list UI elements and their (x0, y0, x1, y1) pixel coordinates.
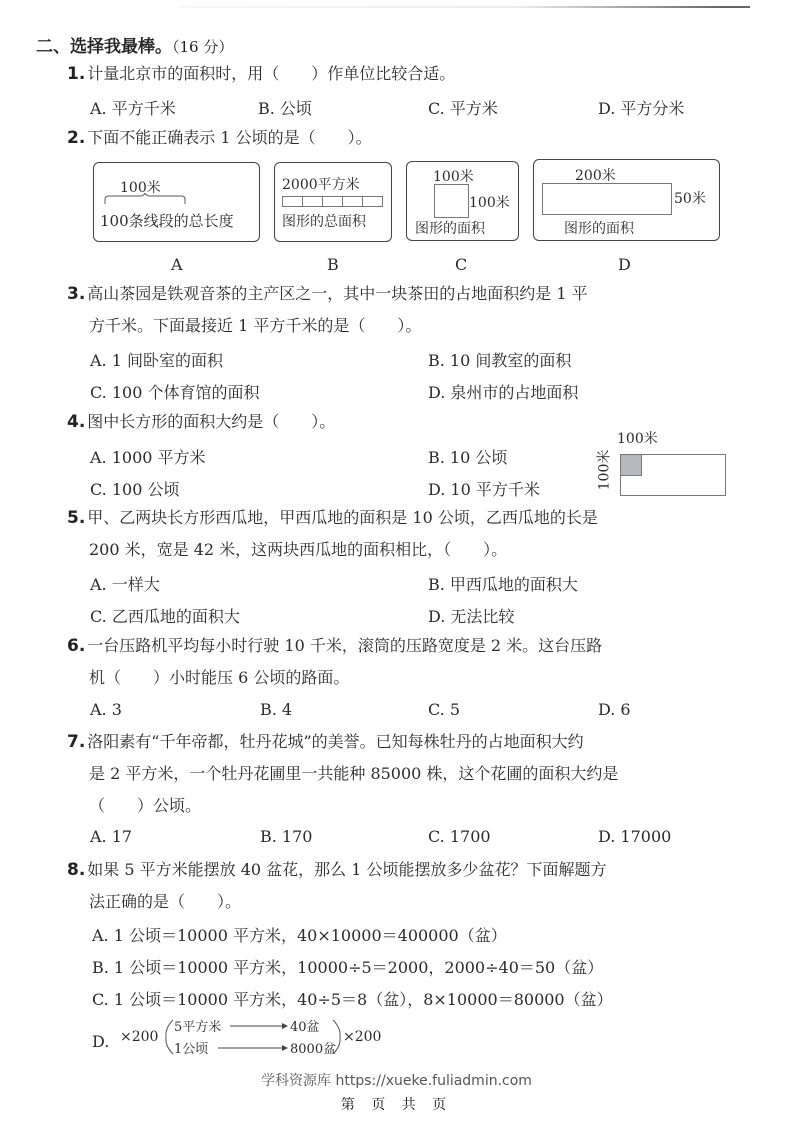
question-8: 8.如果 5 平方米能摆放 40 盆花，那么 1 公顷能摆放多少盆花？下面解题方… (67, 854, 607, 918)
question-text-line1: 甲、乙两块长方形西瓜地，甲西瓜地的面积是 10 公顷，乙西瓜地的长是 (87, 508, 598, 527)
q4-option-d[interactable]: D. 10 平方千米 (428, 477, 540, 500)
q3-option-b[interactable]: B. 10 间教室的面积 (428, 348, 571, 371)
question-text-line3: （ ）公顷。 (67, 790, 618, 822)
shaded-square-shape (620, 454, 642, 476)
square-shape (434, 184, 469, 218)
figure-c-caption: 图形的面积 (415, 218, 485, 238)
question-6: 6.一台压路机平均每小时行驶 10 千米，滚筒的压路宽度是 2 米。这台压路 机… (67, 630, 602, 694)
q4-figure: 100米 100米 (595, 428, 730, 498)
q5-option-d[interactable]: D. 无法比较 (428, 604, 514, 627)
q6-option-b[interactable]: B. 4 (260, 700, 292, 719)
question-7: 7.洛阳素有“千年帝都，牡丹花城”的美誉。已知每株牡丹的占地面积大约 是 2 平… (67, 726, 618, 822)
q3-option-a[interactable]: A. 1 间卧室的面积 (90, 348, 223, 371)
rectangle-shape (542, 183, 672, 215)
q5-option-c[interactable]: C. 乙西瓜地的面积大 (90, 604, 240, 627)
figure-b-area: 2000平方米 (282, 174, 360, 194)
figure-a-label: A (171, 255, 183, 274)
figure-d-caption: 图形的面积 (564, 218, 634, 238)
q6-option-c[interactable]: C. 5 (428, 700, 460, 719)
left-bracket-icon (164, 1018, 174, 1056)
right-multiplier: ×200 (343, 1029, 381, 1045)
figure-d-label: D (618, 255, 631, 274)
q2-figure-d[interactable]: 200米 50米 图形的面积 (533, 159, 720, 241)
row2-left: 1公顷 (174, 1038, 208, 1057)
figure-b-caption: 图形的总面积 (282, 211, 366, 231)
question-text-line2: 200 米，宽是 42 米，这两块西瓜地的面积相比，（ ）。 (67, 534, 598, 566)
q3-option-c[interactable]: C. 100 个体育馆的面积 (90, 380, 259, 403)
question-text: 下面不能正确表示 1 公顷的是（ ）。 (87, 128, 371, 147)
q7-option-b[interactable]: B. 170 (260, 827, 312, 846)
row1-left: 5平方米 (174, 1016, 221, 1035)
question-number: 3. (67, 284, 85, 304)
question-text-line1: 高山茶园是铁观音茶的主产区之一，其中一块茶田的占地面积约是 1 平 (87, 284, 587, 303)
question-5: 5.甲、乙两块长方形西瓜地，甲西瓜地的面积是 10 公顷，乙西瓜地的长是 200… (67, 502, 598, 566)
question-text-line2: 法正确的是（ ）。 (67, 886, 607, 918)
q4-figure-top: 100米 (617, 428, 658, 448)
figure-c-label: C (455, 255, 467, 274)
section-title-text: 二、选择我最棒。 (36, 37, 172, 57)
question-text-line1: 一台压路机平均每小时行驶 10 千米，滚筒的压路宽度是 2 米。这台压路 (87, 636, 602, 655)
brace-icon (104, 193, 186, 205)
q1-option-c[interactable]: C. 平方米 (428, 96, 498, 119)
question-text-line1: 如果 5 平方米能摆放 40 盆花，那么 1 公顷能摆放多少盆花？下面解题方 (87, 860, 606, 879)
question-number: 5. (67, 508, 85, 528)
arrow-right-icon (230, 1022, 288, 1030)
option-d-prefix: D. (92, 1032, 109, 1051)
question-number: 1. (67, 64, 85, 84)
question-2: 2.下面不能正确表示 1 公顷的是（ ）。 (67, 122, 372, 154)
q5-option-b[interactable]: B. 甲西瓜地的面积大 (428, 572, 578, 595)
q7-option-d[interactable]: D. 17000 (598, 827, 671, 846)
question-number: 7. (67, 732, 85, 752)
q7-option-a[interactable]: A. 17 (90, 827, 132, 846)
q6-option-a[interactable]: A. 3 (90, 700, 122, 719)
question-number: 4. (67, 412, 85, 432)
q2-figure-c[interactable]: 100米 100米 图形的面积 (406, 161, 519, 241)
row2-right: 8000盆 (290, 1038, 336, 1057)
q7-option-c[interactable]: C. 1700 (428, 827, 491, 846)
question-text-line2: 是 2 平方米，一个牡丹花圃里一共能种 85000 株，这个花圃的面积大约是 (67, 758, 618, 790)
q4-option-c[interactable]: C. 100 公顷 (90, 477, 179, 500)
right-bracket-icon (332, 1018, 342, 1056)
question-number: 8. (67, 860, 85, 880)
q1-option-a[interactable]: A. 平方千米 (90, 96, 176, 119)
figure-b-label: B (327, 255, 339, 274)
q4-option-a[interactable]: A. 1000 平方米 (90, 445, 206, 468)
question-text: 图中长方形的面积大约是（ ）。 (87, 412, 335, 431)
arrow-right-icon (218, 1044, 288, 1052)
figure-c-top: 100米 (433, 166, 474, 186)
question-text-line2: 方千米。下面最接近 1 平方千米的是（ ）。 (67, 310, 588, 342)
q3-option-d[interactable]: D. 泉州市的占地面积 (428, 380, 578, 403)
figure-a-caption: 100条线段的总长度 (100, 210, 234, 231)
q8-option-d[interactable]: D. ×200 5平方米 40盆 1公顷 8000盆 ×200 (92, 1016, 402, 1060)
question-number: 6. (67, 636, 85, 656)
q8-option-a[interactable]: A. 1 公顷＝10000 平方米，40×10000＝400000（盆） (92, 923, 507, 946)
row1-right: 40盆 (290, 1016, 320, 1035)
grid-strip-icon (282, 196, 384, 208)
question-1: 1.计量北京市的面积时，用（ ）作单位比较合适。 (67, 58, 455, 90)
question-number: 2. (67, 128, 85, 148)
figure-d-side: 50米 (674, 188, 706, 208)
scan-edge-line (180, 6, 750, 8)
left-multiplier: ×200 (120, 1029, 158, 1045)
q2-figure-a[interactable]: 100米 100条线段的总长度 (93, 162, 260, 242)
question-3: 3.高山茶园是铁观音茶的主产区之一，其中一块茶田的占地面积约是 1 平 方千米。… (67, 278, 588, 342)
q5-option-a[interactable]: A. 一样大 (90, 572, 160, 595)
q8-option-c[interactable]: C. 1 公顷＝10000 平方米，40÷5＝8（盆），8×10000＝8000… (92, 987, 613, 1010)
q6-option-d[interactable]: D. 6 (598, 700, 631, 719)
question-4: 4.图中长方形的面积大约是（ ）。 (67, 406, 335, 438)
question-text-line2: 机（ ）小时能压 6 公顷的路面。 (67, 662, 602, 694)
q8-option-b[interactable]: B. 1 公顷＝10000 平方米，10000÷5＝2000，2000÷40＝5… (92, 955, 603, 978)
figure-d-top: 200米 (575, 165, 616, 185)
watermark-link[interactable]: 学科资源库 https://xueke.fuliadmin.com (0, 1070, 793, 1090)
section-score: （16 分） (172, 38, 233, 56)
page-footer: 第 页 共 页 (0, 1094, 793, 1114)
q1-option-b[interactable]: B. 公顷 (258, 96, 312, 119)
q2-figure-b[interactable]: 2000平方米 图形的总面积 (274, 162, 392, 242)
question-text: 计量北京市的面积时，用（ ）作单位比较合适。 (87, 64, 455, 83)
figure-c-side: 100米 (469, 192, 510, 212)
q4-option-b[interactable]: B. 10 公顷 (428, 445, 507, 468)
question-text-line1: 洛阳素有“千年帝都，牡丹花城”的美誉。已知每株牡丹的占地面积大约 (87, 732, 583, 751)
q4-figure-side: 100米 (593, 450, 613, 491)
section-title: 二、选择我最棒。（16 分） (36, 32, 233, 57)
q1-option-d[interactable]: D. 平方分米 (598, 96, 684, 119)
